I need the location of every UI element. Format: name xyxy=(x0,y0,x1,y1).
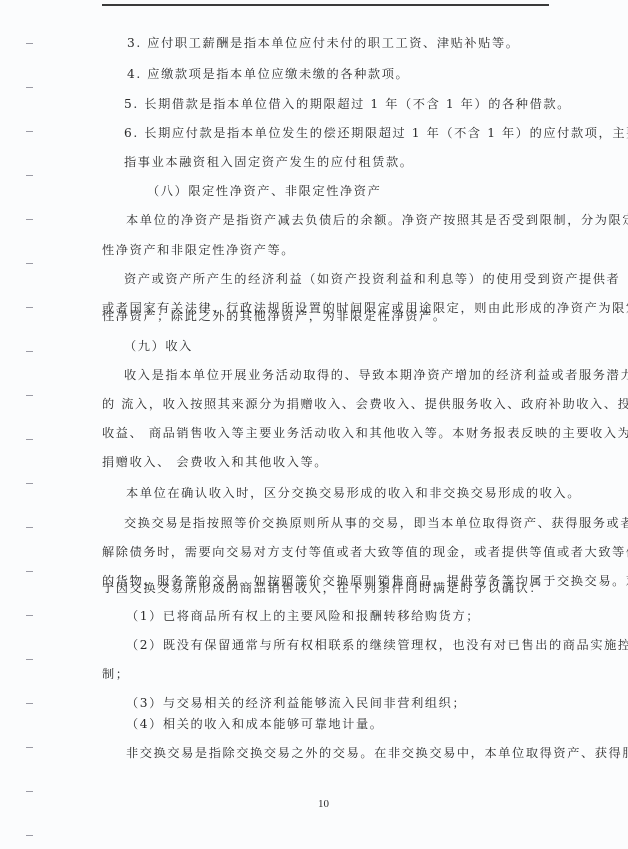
text-line: 收益、 商品销售收入等主要业务活动收入和其他收入等。本财务报表反映的主要收入为 xyxy=(102,425,628,441)
header-rule xyxy=(102,4,549,6)
section-heading: （九）收入 xyxy=(124,338,193,354)
text-line: 3. 应付职工薪酬是指本单位应付未付的职工工资、津贴补贴等。 xyxy=(127,35,520,51)
text-line: 4. 应缴款项是指本单位应缴未缴的各种款项。 xyxy=(127,66,409,82)
margin-dash xyxy=(26,835,33,836)
text-line: 资产或资产所产生的经济利益（如资产投资利益和利息等）的使用受到资产提供者 xyxy=(124,271,620,287)
text-line: 性净资产；除此之外的其他净资产，为非限定性净资产。 xyxy=(102,308,447,324)
margin-dash xyxy=(26,87,33,88)
margin-dash xyxy=(26,703,33,704)
margin-dash xyxy=(26,615,33,616)
text-line: 本单位在确认收入时，区分交换交易形成的收入和非交换交易形成的收入。 xyxy=(126,485,581,501)
margin-dash xyxy=(26,747,33,748)
margin-dash xyxy=(26,175,33,176)
margin-dash xyxy=(26,351,33,352)
text-line: 于因交换交易所形成的商品销售收入，在下列条件同时满足时予以确认： xyxy=(102,580,543,596)
section-heading: （八）限定性净资产、非限定性净资产 xyxy=(147,183,381,199)
text-line: 非交换交易是指除交换交易之外的交易。在非交换交易中，本单位取得资产、获得服 xyxy=(126,745,628,761)
margin-dash xyxy=(26,307,33,308)
text-line: 指事业本融资租入固定资产发生的应付租赁款。 xyxy=(124,154,414,170)
text-line: 交换交易是指按照等价交换原则所从事的交易，即当本单位取得资产、获得服务或者 xyxy=(124,515,628,531)
margin-dash xyxy=(26,439,33,440)
margin-dash xyxy=(26,659,33,660)
margin-dash xyxy=(26,219,33,220)
margin-dash xyxy=(26,527,33,528)
margin-dash xyxy=(26,43,33,44)
text-line: 本单位的净资产是指资产减去负债后的余额。净资产按照其是否受到限制，分为限定 xyxy=(126,212,628,228)
list-item: （1）已将商品所有权上的主要风险和报酬转移给购货方； xyxy=(126,608,480,624)
text-line: 6. 长期应付款是指本单位发生的偿还期限超过 1 年（不含 1 年）的应付款项，… xyxy=(124,125,628,141)
margin-dash xyxy=(26,483,33,484)
list-item: （2）既没有保留通常与所有权相联系的继续管理权，也没有对已售出的商品实施控 xyxy=(126,637,628,653)
text-line: 收入是指本单位开展业务活动取得的、导致本期净资产增加的经济利益或者服务潜力 xyxy=(124,367,628,383)
text-line: 捐赠收入、 会费收入和其他收入等。 xyxy=(102,454,328,470)
margin-dash xyxy=(26,131,33,132)
text-line: 解除债务时，需要向交易对方支付等值或者大致等值的现金，或者提供等值或者大致等值 xyxy=(102,544,628,560)
list-item: （3）与交易相关的经济利益能够流入民间非营利组织； xyxy=(126,695,466,711)
text-line: 制； xyxy=(102,666,130,682)
text-line: 的 流入，收入按照其来源分为捐赠收入、会费收入、提供服务收入、政府补助收入、投资 xyxy=(102,396,628,412)
text-line: 5. 长期借款是指本单位借入的期限超过 1 年（不含 1 年）的各种借款。 xyxy=(124,96,571,112)
margin-dash xyxy=(26,571,33,572)
margin-dash xyxy=(26,791,33,792)
list-item: （4）相关的收入和成本能够可靠地计量。 xyxy=(126,716,384,732)
page-number: 10 xyxy=(318,798,329,810)
margin-dash xyxy=(26,263,33,264)
text-line: 性净资产和非限定性净资产等。 xyxy=(102,242,295,258)
margin-dash xyxy=(26,395,33,396)
